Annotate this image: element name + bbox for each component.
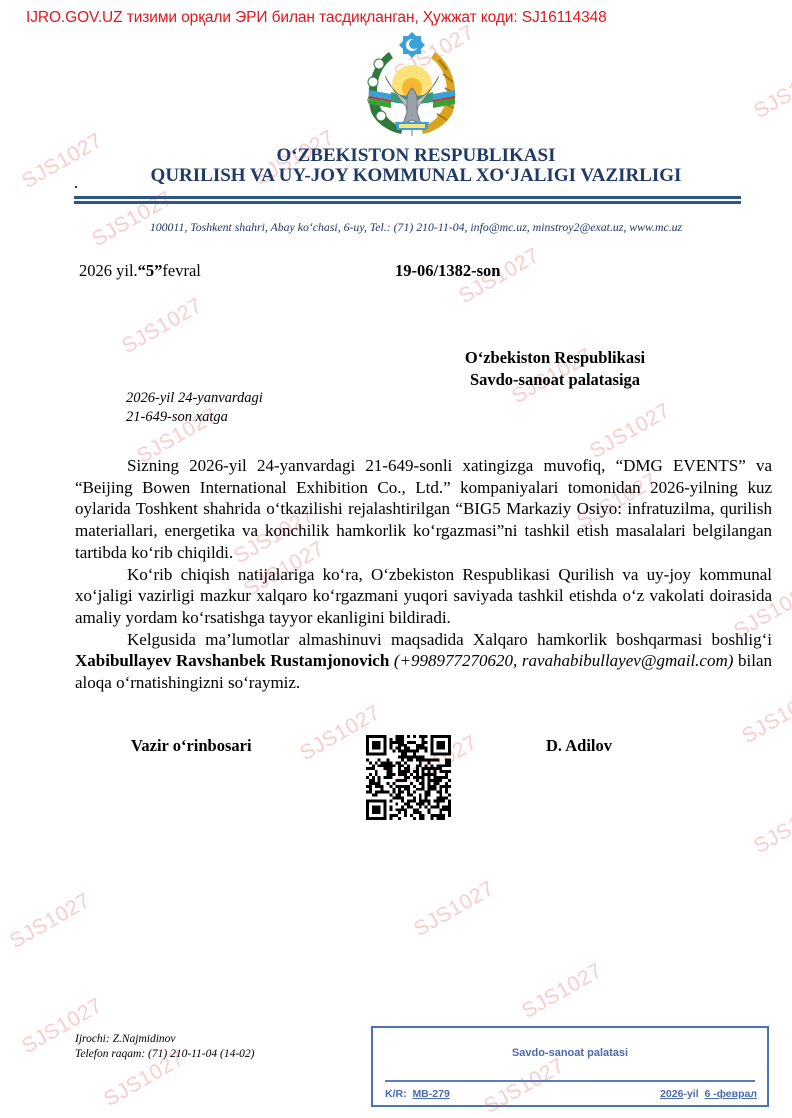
letter-date: 2026 yil.“5”fevral — [79, 261, 201, 281]
registration-stamp: Savdo-sanoat palatasi K/R: MB-279 2026-y… — [371, 1026, 769, 1107]
executor-name: Ijrochi: Z.Najmidinov — [75, 1032, 176, 1047]
watermark: SJS1027 — [410, 877, 499, 942]
recipient-line2: Savdo-sanoat palatasiga — [420, 369, 690, 391]
watermark: SJS1027 — [118, 294, 207, 359]
body-paragraph-2: Ko‘rib chiqish natijalariga ko‘ra, O‘zbe… — [75, 564, 772, 629]
kr-value: MB-279 — [412, 1088, 449, 1100]
reference-line2: 21-649-son xatga — [126, 408, 228, 427]
kr-label: K/R: — [385, 1088, 407, 1100]
signatory-name: D. Adilov — [546, 736, 612, 756]
org-title-line2: QURILISH VA UY-JOY KOMMUNAL XO‘JALIGI VA… — [0, 165, 792, 187]
header-rule-top — [74, 196, 741, 199]
stamp-year-suffix: -yil — [683, 1088, 698, 1100]
watermark: SJS1027 — [750, 794, 792, 859]
watermark: SJS1027 — [518, 959, 607, 1024]
org-address: 100011, Toshkent shahri, Abay ko‘chasi, … — [0, 220, 792, 235]
body-paragraph-3: Kelgusida ma’lumotlar almashinuvi maqsad… — [75, 629, 772, 694]
stamp-divider — [385, 1080, 755, 1082]
letter-number: 19-06/1382-son — [395, 261, 500, 281]
reference-line1: 2026-yil 24-yanvardagi — [126, 389, 263, 408]
org-title-line1: O‘ZBEKISTON RESPUBLIKASI — [0, 145, 792, 167]
letter-body: Sizning 2026-yil 24-yanvardagi 21-649-so… — [75, 455, 772, 694]
header-rule-bottom — [74, 201, 741, 204]
watermark: SJS1027 — [6, 889, 95, 954]
body-paragraph-1: Sizning 2026-yil 24-yanvardagi 21-649-so… — [75, 455, 772, 564]
stamp-year: 2026 — [660, 1088, 683, 1100]
watermark: SJS1027 — [750, 59, 792, 124]
contact-person-details: (+998977270620, ravahabibullayev@gmail.c… — [389, 651, 733, 670]
date-prefix: 2026 yil. — [79, 261, 138, 280]
recipient-line1: O‘zbekiston Respublikasi — [420, 347, 690, 369]
paragraph3-intro: Kelgusida ma’lumotlar almashinuvi maqsad… — [127, 630, 772, 649]
stamp-organization: Savdo-sanoat palatasi — [373, 1047, 767, 1059]
stray-dot — [75, 186, 77, 188]
date-month: fevral — [162, 261, 200, 280]
date-day: “5” — [138, 261, 163, 280]
contact-person-name: Xabibullayev Ravshanbek Rustamjonovich — [75, 651, 389, 670]
signatory-title: Vazir o‘rinbosari — [131, 736, 252, 756]
stamp-date: 2026-yil 6 -феврал — [660, 1088, 757, 1100]
executor-phone: Telefon raqam: (71) 210-11-04 (14-02) — [75, 1047, 255, 1062]
state-emblem-icon — [361, 30, 463, 136]
stamp-day-month: 6 -феврал — [704, 1088, 757, 1100]
qr-code-icon — [366, 735, 451, 820]
stamp-control-number: K/R: MB-279 — [385, 1088, 450, 1100]
e-signature-banner: IJRO.GOV.UZ тизими орқали ЭРИ билан тасд… — [26, 9, 607, 27]
